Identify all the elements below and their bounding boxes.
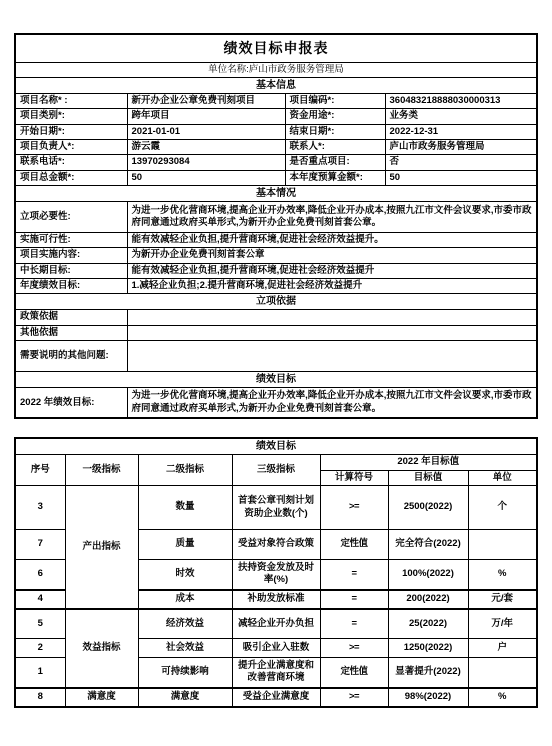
section-project-basis: 立项依据 xyxy=(15,294,537,310)
cell-target: 完全符合(2022) xyxy=(388,530,468,560)
field-value: 否 xyxy=(385,155,537,170)
situation-row: 项目实施内容: 为新开办企业免费刊刻首套公章 xyxy=(15,248,537,263)
cell-symbol: = xyxy=(320,560,388,590)
cell-target: 2500(2022) xyxy=(388,486,468,530)
cell-symbol: = xyxy=(320,590,388,609)
cell-symbol: >= xyxy=(320,639,388,658)
cell-no: 4 xyxy=(15,590,65,609)
column-header-no: 序号 xyxy=(15,455,65,486)
cell-level3: 提升企业满意度和改善营商环境 xyxy=(232,658,320,688)
cell-level3: 首套公章刊刻计划资助企业数(个) xyxy=(232,486,320,530)
column-header-level1: 一级指标 xyxy=(65,455,138,486)
cell-unit: 个 xyxy=(468,486,537,530)
target-row: 2022 年绩效目标: 为进一步优化营商环境,提高企业开办效率,降低企业开办成本… xyxy=(15,387,537,418)
field-value xyxy=(127,340,537,371)
info-row: 项目类别*: 跨年项目 资金用途*: 业务类 xyxy=(15,109,537,124)
field-label: 开始日期*: xyxy=(15,124,127,139)
field-value: 庐山市政务服务管理局 xyxy=(385,139,537,154)
basis-row: 需要说明的其他问题: xyxy=(15,340,537,371)
column-header-level3: 三级指标 xyxy=(232,455,320,486)
field-value: 1.减轻企业负担;2.提升营商环境,促进社会经济效益提升 xyxy=(127,278,537,293)
cell-level3: 扶持资金发放及时率(%) xyxy=(232,560,320,590)
field-label: 本年度预算金额*: xyxy=(285,170,385,185)
info-row: 联系电话*: 13970293084 是否重点项目: 否 xyxy=(15,155,537,170)
indicator-row: 5 效益指标 经济效益 减轻企业开办负担 = 25(2022) 万/年 xyxy=(15,609,537,639)
info-row: 项目名称* : 新开办企业公章免费刊刻项目 项目编码*: 36048321888… xyxy=(15,93,537,108)
form-title-row: 绩效目标申报表 xyxy=(15,34,537,62)
cell-no: 1 xyxy=(15,658,65,688)
field-value: 为进一步优化营商环境,提高企业开办效率,降低企业开办成本,按照九江市文件会议要求… xyxy=(127,387,537,418)
field-label: 项目类别*: xyxy=(15,109,127,124)
section-title: 绩效目标 xyxy=(15,438,537,455)
field-value xyxy=(127,325,537,340)
cell-level2: 成本 xyxy=(138,590,232,609)
info-row: 项目负责人*: 游云霞 联系人*: 庐山市政务服务管理局 xyxy=(15,139,537,154)
section-title: 基本信息 xyxy=(15,77,537,93)
cell-level3: 受益企业满意度 xyxy=(232,688,320,707)
field-label: 实施可行性: xyxy=(15,232,127,247)
indicator-row: 8 满意度 满意度 受益企业满意度 >= 98%(2022) % xyxy=(15,688,537,707)
cell-symbol: = xyxy=(320,609,388,639)
field-label: 年度绩效目标: xyxy=(15,278,127,293)
cell-target: 98%(2022) xyxy=(388,688,468,707)
field-value: 50 xyxy=(385,170,537,185)
field-label: 需要说明的其他问题: xyxy=(15,340,127,371)
cell-unit xyxy=(468,658,537,688)
cell-symbol: 定性值 xyxy=(320,530,388,560)
situation-row: 实施可行性: 能有效减轻企业负担,提升营商环境,促进社会经济效益提升。 xyxy=(15,232,537,247)
info-row: 项目总金额*: 50 本年度预算金额*: 50 xyxy=(15,170,537,185)
column-header-target: 目标值 xyxy=(388,470,468,485)
cell-level2: 质量 xyxy=(138,530,232,560)
cell-no: 5 xyxy=(15,609,65,639)
cell-level2: 数量 xyxy=(138,486,232,530)
cell-target: 100%(2022) xyxy=(388,560,468,590)
field-label: 联系电话*: xyxy=(15,155,127,170)
cell-level3: 补助发放标准 xyxy=(232,590,320,609)
field-value: 业务类 xyxy=(385,109,537,124)
cell-target: 显著提升(2022) xyxy=(388,658,468,688)
cell-symbol: >= xyxy=(320,486,388,530)
situation-row: 立项必要性: 为进一步优化营商环境,提高企业开办效率,降低企业开办成本,按照九江… xyxy=(15,201,537,232)
section-title: 基本情况 xyxy=(15,185,537,201)
field-value: 跨年项目 xyxy=(127,109,285,124)
cell-target: 25(2022) xyxy=(388,609,468,639)
field-label: 项目总金额*: xyxy=(15,170,127,185)
indicator-row: 3 产出指标 数量 首套公章刊刻计划资助企业数(个) >= 2500(2022)… xyxy=(15,486,537,530)
field-label: 立项必要性: xyxy=(15,201,127,232)
cell-symbol: 定性值 xyxy=(320,658,388,688)
field-label: 资金用途*: xyxy=(285,109,385,124)
field-value: 13970293084 xyxy=(127,155,285,170)
field-label: 2022 年绩效目标: xyxy=(15,387,127,418)
cell-no: 8 xyxy=(15,688,65,707)
field-value xyxy=(127,310,537,325)
section-title: 立项依据 xyxy=(15,294,537,310)
field-value: 能有效减轻企业负担,提升营商环境,促进社会经济效益提升 xyxy=(127,263,537,278)
column-header-symbol: 计算符号 xyxy=(320,470,388,485)
field-value: 新开办企业公章免费刊刻项目 xyxy=(127,93,285,108)
indicator-table: 绩效目标 序号 一级指标 二级指标 三级指标 2022 年目标值 计算符号 目标… xyxy=(14,437,538,707)
indicator-section-title-row: 绩效目标 xyxy=(15,438,537,455)
cell-unit: % xyxy=(468,688,537,707)
cell-level3: 减轻企业开办负担 xyxy=(232,609,320,639)
field-label: 项目名称* : xyxy=(15,93,127,108)
field-label: 结束日期*: xyxy=(285,124,385,139)
field-label: 中长期目标: xyxy=(15,263,127,278)
cell-level2: 时效 xyxy=(138,560,232,590)
cell-symbol: >= xyxy=(320,688,388,707)
indicator-header-row-1: 序号 一级指标 二级指标 三级指标 2022 年目标值 xyxy=(15,455,537,470)
field-value: 为新开办企业免费刊刻首套公章 xyxy=(127,248,537,263)
info-row: 开始日期*: 2021-01-01 结束日期*: 2022-12-31 xyxy=(15,124,537,139)
cell-level2: 社会效益 xyxy=(138,639,232,658)
section-basic-situation: 基本情况 xyxy=(15,185,537,201)
column-header-target-group: 2022 年目标值 xyxy=(320,455,537,470)
document-page: 绩效目标申报表 单位名称:庐山市政务服务管理局 基本信息 项目名称* : 新开办… xyxy=(0,0,552,746)
section-basic-info: 基本信息 xyxy=(15,77,537,93)
cell-unit xyxy=(468,530,537,560)
cell-level3: 受益对象符合政策 xyxy=(232,530,320,560)
section-title: 绩效目标 xyxy=(15,371,537,387)
situation-row: 年度绩效目标: 1.减轻企业负担;2.提升营商环境,促进社会经济效益提升 xyxy=(15,278,537,293)
cell-unit: 万/年 xyxy=(468,609,537,639)
section-performance-target: 绩效目标 xyxy=(15,371,537,387)
field-label: 联系人*: xyxy=(285,139,385,154)
unit-name: 单位名称:庐山市政务服务管理局 xyxy=(15,62,537,77)
cell-unit: 户 xyxy=(468,639,537,658)
cell-level2: 满意度 xyxy=(138,688,232,707)
basis-row: 政策依据 xyxy=(15,310,537,325)
cell-unit: % xyxy=(468,560,537,590)
field-value: 为进一步优化营商环境,提高企业开办效率,降低企业开办成本,按照九江市文件会议要求… xyxy=(127,201,537,232)
field-label: 政策依据 xyxy=(15,310,127,325)
field-value: 2021-01-01 xyxy=(127,124,285,139)
basis-row: 其他依据 xyxy=(15,325,537,340)
field-label: 项目实施内容: xyxy=(15,248,127,263)
cell-no: 2 xyxy=(15,639,65,658)
field-label: 是否重点项目: xyxy=(285,155,385,170)
cell-no: 7 xyxy=(15,530,65,560)
field-value: 360483218888030000313 xyxy=(385,93,537,108)
cell-target: 1250(2022) xyxy=(388,639,468,658)
cell-no: 3 xyxy=(15,486,65,530)
cell-level1-group: 产出指标 xyxy=(65,486,138,609)
cell-level1-group: 满意度 xyxy=(65,688,138,707)
cell-unit: 元/套 xyxy=(468,590,537,609)
field-label: 项目负责人*: xyxy=(15,139,127,154)
field-value: 2022-12-31 xyxy=(385,124,537,139)
cell-level2: 可持续影响 xyxy=(138,658,232,688)
situation-row: 中长期目标: 能有效减轻企业负担,提升营商环境,促进社会经济效益提升 xyxy=(15,263,537,278)
field-value: 游云霞 xyxy=(127,139,285,154)
cell-level2: 经济效益 xyxy=(138,609,232,639)
declaration-form-table: 绩效目标申报表 单位名称:庐山市政务服务管理局 基本信息 项目名称* : 新开办… xyxy=(14,33,538,419)
field-label: 项目编码*: xyxy=(285,93,385,108)
field-value: 50 xyxy=(127,170,285,185)
cell-level3: 吸引企业入驻数 xyxy=(232,639,320,658)
cell-level1-group: 效益指标 xyxy=(65,609,138,688)
field-value: 能有效减轻企业负担,提升营商环境,促进社会经济效益提升。 xyxy=(127,232,537,247)
column-header-level2: 二级指标 xyxy=(138,455,232,486)
unit-name-row: 单位名称:庐山市政务服务管理局 xyxy=(15,62,537,77)
cell-target: 200(2022) xyxy=(388,590,468,609)
column-header-unit: 单位 xyxy=(468,470,537,485)
form-title: 绩效目标申报表 xyxy=(15,34,537,62)
field-label: 其他依据 xyxy=(15,325,127,340)
cell-no: 6 xyxy=(15,560,65,590)
